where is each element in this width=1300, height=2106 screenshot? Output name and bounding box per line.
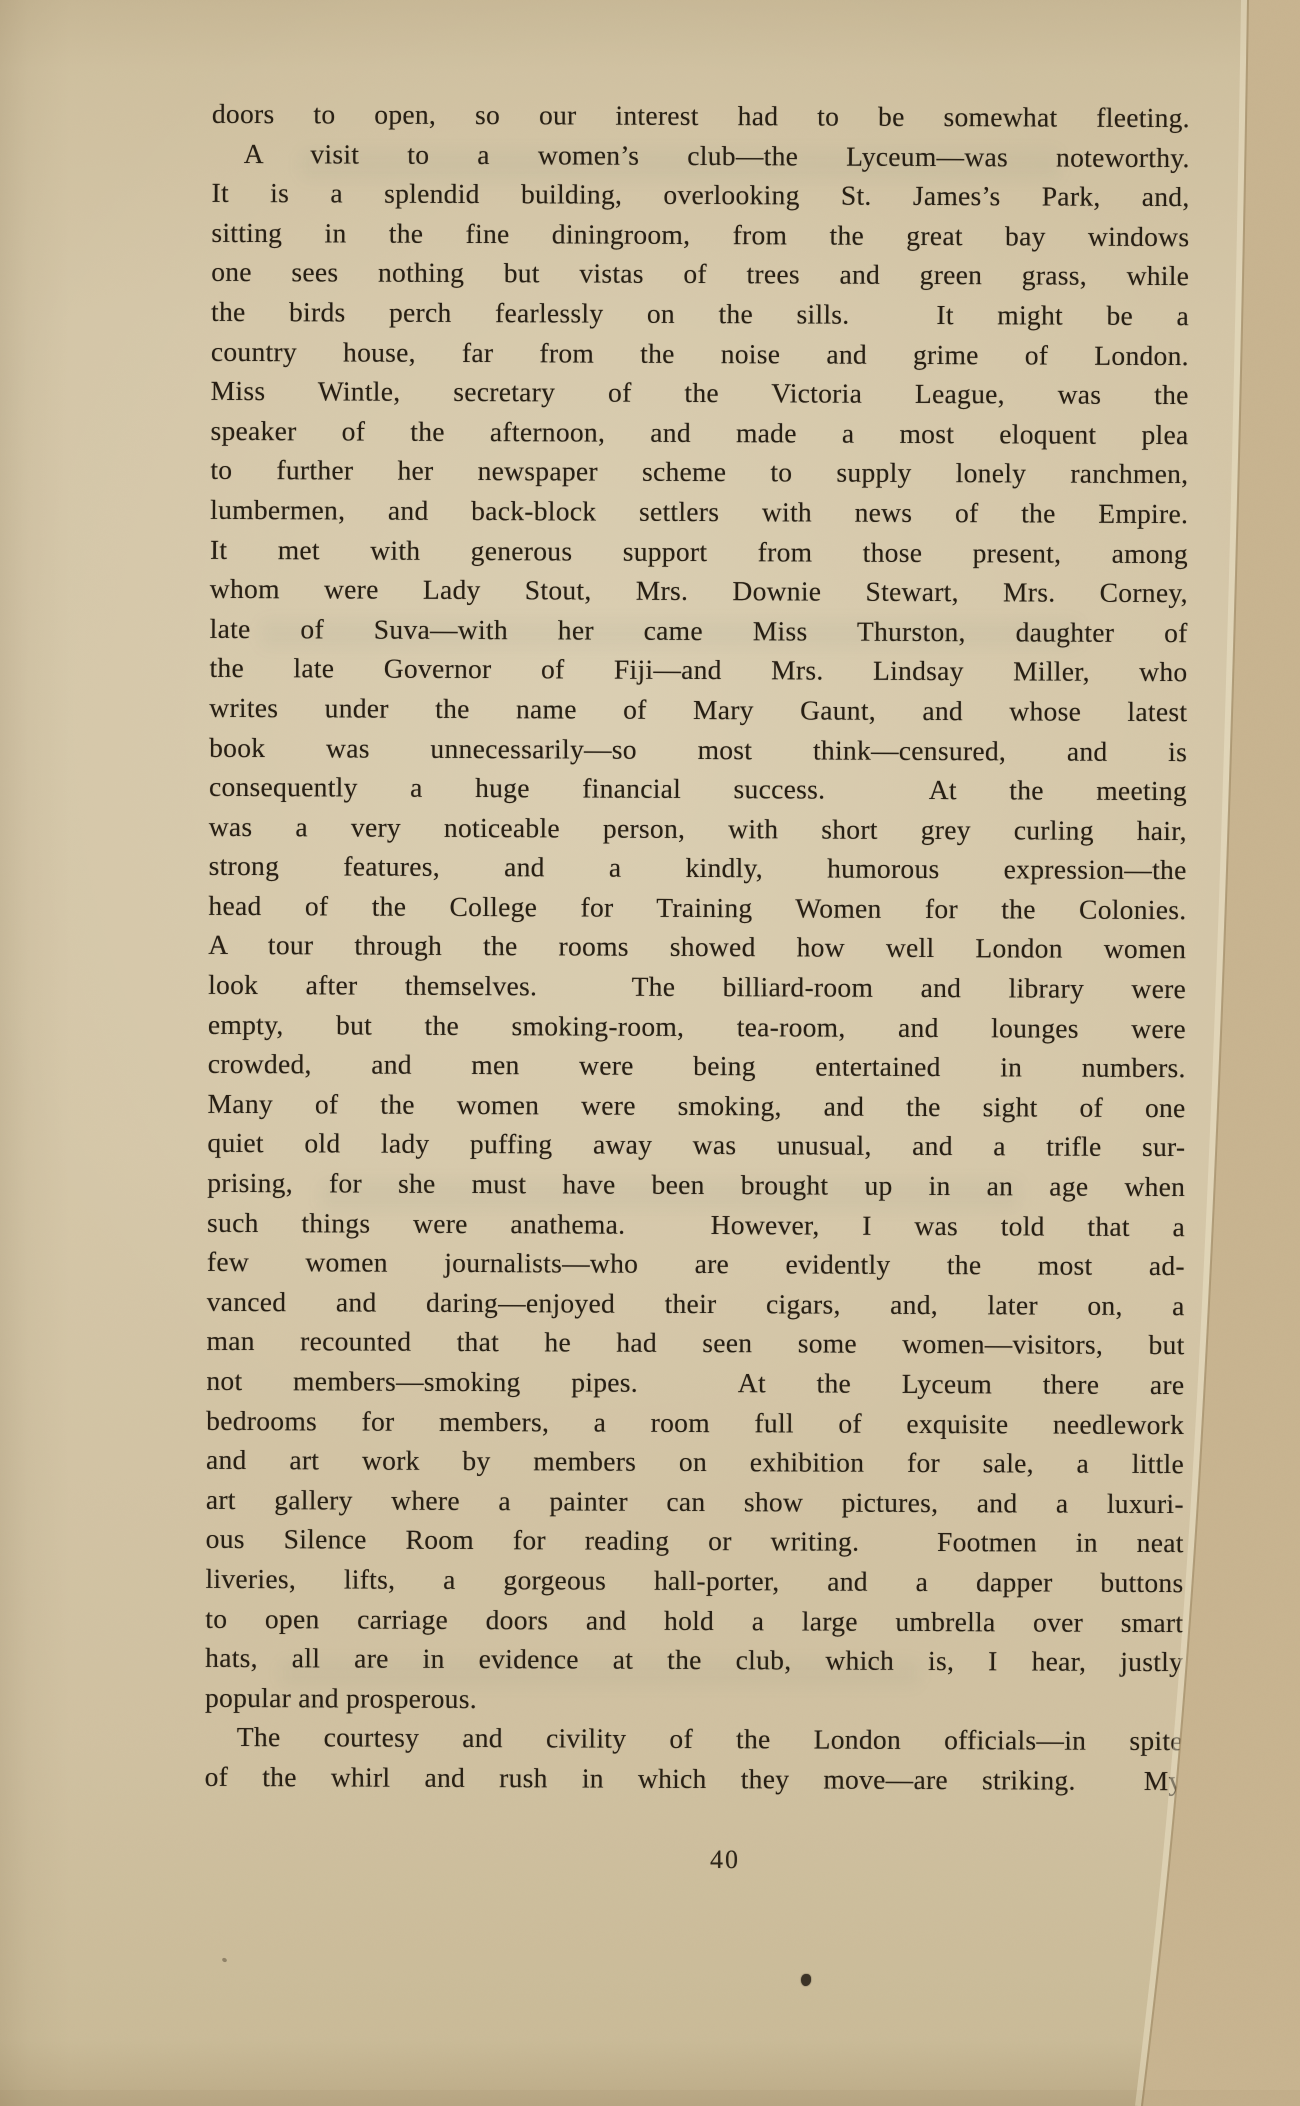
- text-line: The courtesy and civility of the London …: [205, 1717, 1183, 1761]
- text-line: ous Silence Room for reading or writing.…: [206, 1519, 1184, 1563]
- text-line: not members—smoking pipes. At the Lyceum…: [206, 1361, 1184, 1405]
- text-line: vanced and daring—enjoyed their cigars, …: [207, 1282, 1185, 1326]
- text-line: few women journalists—who are evidently …: [207, 1242, 1185, 1286]
- text-line: sitting in the fine diningroom, from the…: [211, 213, 1189, 257]
- text-line: A tour through the rooms showed how well…: [208, 925, 1186, 969]
- text-line: consequently a huge financial success. A…: [209, 767, 1187, 811]
- text-line: to open carriage doors and hold a large …: [205, 1598, 1183, 1642]
- text-line: strong features, and a kindly, humorous …: [209, 846, 1187, 890]
- text-line: of the whirl and rush in which they move…: [205, 1757, 1183, 1801]
- text-line: art gallery where a painter can show pic…: [206, 1480, 1184, 1524]
- text-line: Many of the women were smoking, and the …: [208, 1084, 1186, 1128]
- text-line: doors to open, so our interest had to be…: [212, 94, 1190, 138]
- text-line: empty, but the smoking-room, tea-room, a…: [208, 1005, 1186, 1049]
- text-line: It is a splendid building, overlooking S…: [211, 173, 1189, 217]
- text-line: liveries, lifts, a gorgeous hall-porter,…: [205, 1559, 1183, 1603]
- text-line: the birds perch fearlessly on the sills.…: [211, 292, 1189, 336]
- text-line: Miss Wintle, secretary of the Victoria L…: [211, 371, 1189, 415]
- text-line: and art work by members on exhibition fo…: [206, 1440, 1184, 1484]
- text-line: look after themselves. The billiard-room…: [208, 965, 1186, 1009]
- text-line: to further her newspaper scheme to suppl…: [210, 450, 1188, 494]
- text-line: country house, far from the noise and gr…: [211, 331, 1189, 375]
- page-number: 40: [660, 1845, 790, 1875]
- text-line: quiet old lady puffing away was unusual,…: [207, 1123, 1185, 1167]
- text-line: A visit to a women’s club—the Lyceum—was…: [212, 133, 1190, 177]
- text-line: one sees nothing but vistas of trees and…: [211, 252, 1189, 296]
- text-line: prising, for she must have been brought …: [207, 1163, 1185, 1207]
- text-line: head of the College for Training Women f…: [208, 886, 1186, 930]
- text-line: speaker of the afternoon, and made a mos…: [210, 411, 1188, 455]
- text-line: popular and prosperous.: [205, 1678, 1183, 1722]
- text-line: crowded, and men were being entertained …: [208, 1044, 1186, 1088]
- text-line: hats, all are in evidence at the club, w…: [205, 1638, 1183, 1682]
- text-line: book was unnecessarily—so most think—cen…: [209, 727, 1187, 771]
- text-line: man recounted that he had seen some wome…: [206, 1321, 1184, 1365]
- text-line: writes under the name of Mary Gaunt, and…: [209, 688, 1187, 732]
- text-line: whom were Lady Stout, Mrs. Downie Stewar…: [210, 569, 1188, 613]
- text-line: such things were anathema. However, I wa…: [207, 1202, 1185, 1246]
- text-line: It met with generous support from those …: [210, 529, 1188, 573]
- text-line: was a very noticeable person, with short…: [209, 807, 1187, 851]
- text-line: the late Governor of Fiji—and Mrs. Linds…: [209, 648, 1187, 692]
- text-line: lumbermen, and back-block settlers with …: [210, 490, 1188, 534]
- ink-spot: [801, 1974, 811, 1986]
- scanned-book-page: doors to open, so our interest had to be…: [0, 0, 1300, 2106]
- ink-speck: [221, 1957, 227, 1963]
- text-line: bedrooms for members, a room full of exq…: [206, 1400, 1184, 1444]
- page-text-block: doors to open, so our interest had to be…: [205, 94, 1190, 1801]
- text-line: late of Suva—with her came Miss Thurston…: [210, 609, 1188, 653]
